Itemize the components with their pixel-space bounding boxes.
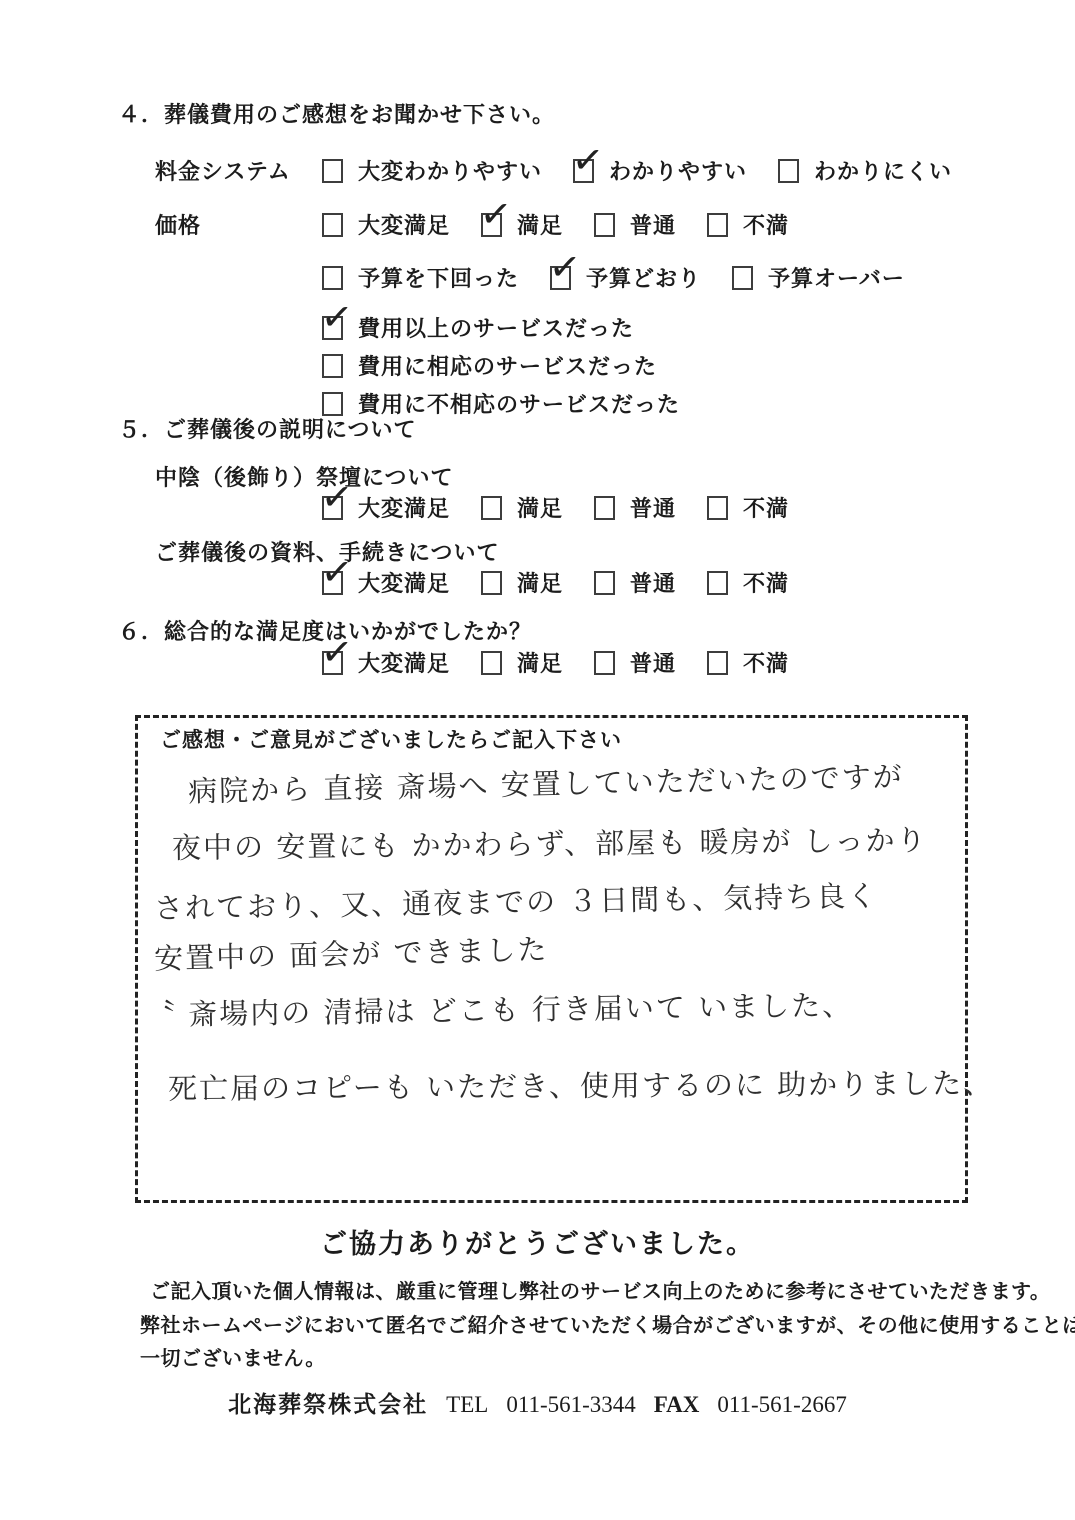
checkbox[interactable]: ✓ — [707, 571, 728, 595]
survey-option: ✓ 大変満足 — [322, 492, 450, 523]
privacy-note-line: 弊社ホームページにおいて匿名でご紹介させていただく場合がございますが、その他に使… — [140, 1310, 1075, 1344]
option-label: 普通 — [630, 647, 676, 678]
closing-thanks: ご協力ありがとうございました。 — [0, 1222, 1075, 1261]
privacy-note-line: 一切ございません。 — [140, 1343, 1075, 1377]
checkbox[interactable]: ✓ — [481, 213, 502, 237]
q4-row-fee-system: 料金システム ✓ 大変わかりやすい ✓ わかりやすい ✓ わかりにくい — [155, 155, 952, 186]
option-label: わかりにくい — [814, 155, 952, 186]
comment-box[interactable]: ご感想・ご意見がございましたらご記入下さい 病院から 直接 斎場へ 安置していた… — [135, 715, 968, 1203]
handwritten-comment-line: されており、又、通夜までの ３日間も、気持ち良く — [154, 874, 879, 928]
q5-sub1-options: ✓ 大変満足 ✓ 満足 ✓ 普通 ✓ 不満 — [322, 492, 789, 525]
checkbox[interactable]: ✓ — [322, 213, 343, 237]
option-label: 大変満足 — [358, 492, 450, 523]
option-label: 大変満足 — [358, 567, 450, 598]
option-label: 普通 — [630, 492, 676, 523]
option-label: 普通 — [630, 209, 676, 240]
checkbox[interactable]: ✓ — [481, 651, 502, 675]
option-label: 不満 — [743, 209, 789, 240]
option-group: ✓ 予算を下回った ✓ 予算どおり ✓ 予算オーバー — [322, 262, 905, 293]
fax-number: 011-561-2667 — [717, 1392, 846, 1418]
check-mark-icon: ✓ — [319, 296, 355, 337]
check-mark-icon: ✓ — [319, 476, 355, 517]
option-label: 満足 — [517, 647, 563, 678]
checkbox[interactable]: ✓ — [732, 266, 753, 290]
survey-option: ✓ 不満 — [707, 492, 789, 523]
survey-option: ✓ 普通 — [594, 492, 676, 523]
checkbox[interactable]: ✓ — [322, 159, 343, 183]
option-label: 大変わかりやすい — [358, 155, 542, 186]
checkbox[interactable]: ✓ — [322, 496, 343, 520]
footer-contact: 北海葬祭株式会社 TEL 011-561-3344 FAX 011-561-26… — [0, 1386, 1075, 1419]
checkbox[interactable]: ✓ — [778, 159, 799, 183]
row-label-price: 価格 — [155, 209, 322, 240]
checkbox[interactable]: ✓ — [322, 651, 343, 675]
checkbox[interactable]: ✓ — [550, 266, 571, 290]
option-group: ✓ 大変満足 ✓ 満足 ✓ 普通 ✓ 不満 — [322, 209, 789, 240]
survey-option: ✓ 大変わかりやすい — [322, 155, 542, 186]
option-label: 費用以上のサービスだった — [358, 312, 634, 343]
q5-sub2-options: ✓ 大変満足 ✓ 満足 ✓ 普通 ✓ 不満 — [322, 567, 789, 600]
q4-row-price: 価格 ✓ 大変満足 ✓ 満足 ✓ 普通 ✓ 不満 — [155, 209, 789, 240]
survey-option: ✓ 満足 — [481, 647, 563, 678]
survey-option: ✓ 満足 — [481, 567, 563, 598]
tel-number: 011-561-3344 — [506, 1392, 635, 1418]
survey-option: ✓ 大変満足 — [322, 647, 450, 678]
checkbox[interactable]: ✓ — [573, 159, 594, 183]
option-label: 不満 — [743, 492, 789, 523]
q4-title: ４．葬儀費用のご感想をお聞かせ下さい。 — [118, 98, 555, 129]
survey-option: ✓ 大変満足 — [322, 209, 450, 240]
survey-option: ✓ 予算を下回った — [322, 262, 519, 293]
survey-option: ✓ 不満 — [707, 209, 789, 240]
check-mark-icon: ✓ — [547, 246, 583, 287]
option-label: 大変満足 — [358, 209, 450, 240]
survey-option: ✓ 普通 — [594, 647, 676, 678]
q5-title: ５．ご葬儀後の説明について — [118, 413, 417, 444]
checkbox[interactable]: ✓ — [322, 316, 343, 340]
survey-option: ✓ 不満 — [707, 647, 789, 678]
check-mark-icon: ✓ — [319, 551, 355, 592]
survey-option: ✓ 予算オーバー — [732, 262, 905, 293]
company-name: 北海葬祭株式会社 — [228, 1386, 428, 1419]
checkbox[interactable]: ✓ — [322, 354, 343, 378]
checkbox[interactable]: ✓ — [481, 496, 502, 520]
survey-option: ✓ 普通 — [594, 567, 676, 598]
q6-options: ✓ 大変満足 ✓ 満足 ✓ 普通 ✓ 不満 — [322, 647, 789, 680]
option-group: ✓ 大変満足 ✓ 満足 ✓ 普通 ✓ 不満 — [322, 492, 789, 523]
checkbox[interactable]: ✓ — [322, 392, 343, 416]
option-label: 満足 — [517, 209, 563, 240]
privacy-note-line: ご記入頂いた個人情報は、厳重に管理し弊社のサービス向上のために参考にさせていただ… — [140, 1276, 1075, 1310]
q5-sub1-label: 中陰（後飾り）祭壇について — [155, 461, 454, 492]
survey-option: ✓ 満足 — [481, 209, 563, 240]
option-label: 予算オーバー — [768, 262, 905, 293]
privacy-note: ご記入頂いた個人情報は、厳重に管理し弊社のサービス向上のために参考にさせていただ… — [140, 1276, 1075, 1377]
option-label: 不満 — [743, 567, 789, 598]
checkbox[interactable]: ✓ — [707, 496, 728, 520]
survey-option: ✓ 満足 — [481, 492, 563, 523]
survey-option: ✓ わかりやすい — [573, 155, 747, 186]
q4-row-budget: ✓ 予算を下回った ✓ 予算どおり ✓ 予算オーバー — [155, 262, 905, 293]
checkbox[interactable]: ✓ — [594, 213, 615, 237]
fax-label: FAX — [654, 1392, 700, 1418]
option-group: ✓ 大変満足 ✓ 満足 ✓ 普通 ✓ 不満 — [322, 567, 789, 598]
survey-option: ✓ 費用に相応のサービスだった — [322, 350, 680, 381]
checkbox[interactable]: ✓ — [707, 651, 728, 675]
comment-box-label: ご感想・ご意見がございましたらご記入下さい — [160, 724, 622, 754]
handwritten-comment-line: 病院から 直接 斎場へ 安置していただいたのですが — [188, 755, 904, 811]
handwritten-comment-line: 安置中の 面会が できました — [154, 927, 549, 978]
survey-option: ✓ 不満 — [707, 567, 789, 598]
survey-page: ４．葬儀費用のご感想をお聞かせ下さい。 料金システム ✓ 大変わかりやすい ✓ … — [0, 0, 1075, 1520]
option-group: ✓ 大変わかりやすい ✓ わかりやすい ✓ わかりにくい — [322, 155, 952, 186]
option-label: わかりやすい — [609, 155, 747, 186]
option-label: 不満 — [743, 647, 789, 678]
checkbox[interactable]: ✓ — [594, 651, 615, 675]
check-mark-icon: ✓ — [478, 193, 514, 234]
handwritten-comment-line: 〝 斎場内の 清掃は どこも 行き届いて いました、 — [146, 983, 854, 1034]
checkbox[interactable]: ✓ — [594, 571, 615, 595]
handwritten-comment-line: 死亡届のコピーも いただき、使用するのに 助かりました、 — [168, 1061, 994, 1108]
option-label: 満足 — [517, 567, 563, 598]
checkbox[interactable]: ✓ — [322, 266, 343, 290]
survey-option: ✓ 大変満足 — [322, 567, 450, 598]
row-label-fee-system: 料金システム — [155, 155, 322, 186]
survey-option: ✓ 普通 — [594, 209, 676, 240]
checkbox[interactable]: ✓ — [322, 571, 343, 595]
checkbox[interactable]: ✓ — [481, 571, 502, 595]
check-mark-icon: ✓ — [319, 631, 355, 672]
handwritten-comment-line: 夜中の 安置にも かかわらず、部屋も 暖房が しっかり — [172, 818, 928, 867]
option-label: 満足 — [517, 492, 563, 523]
tel-label: TEL — [446, 1392, 488, 1418]
checkbox[interactable]: ✓ — [707, 213, 728, 237]
option-label: 費用に相応のサービスだった — [358, 350, 657, 381]
option-label: 予算どおり — [586, 262, 701, 293]
checkbox[interactable]: ✓ — [594, 496, 615, 520]
q4-service-value-options: ✓ 費用以上のサービスだった ✓ 費用に相応のサービスだった ✓ 費用に不相応の… — [322, 312, 680, 419]
survey-option: ✓ わかりにくい — [778, 155, 952, 186]
option-label: 予算を下回った — [358, 262, 519, 293]
survey-option: ✓ 予算どおり — [550, 262, 701, 293]
option-group: ✓ 大変満足 ✓ 満足 ✓ 普通 ✓ 不満 — [322, 647, 789, 678]
survey-option: ✓ 費用以上のサービスだった — [322, 312, 680, 343]
option-label: 普通 — [630, 567, 676, 598]
option-label: 大変満足 — [358, 647, 450, 678]
check-mark-icon: ✓ — [570, 139, 606, 180]
